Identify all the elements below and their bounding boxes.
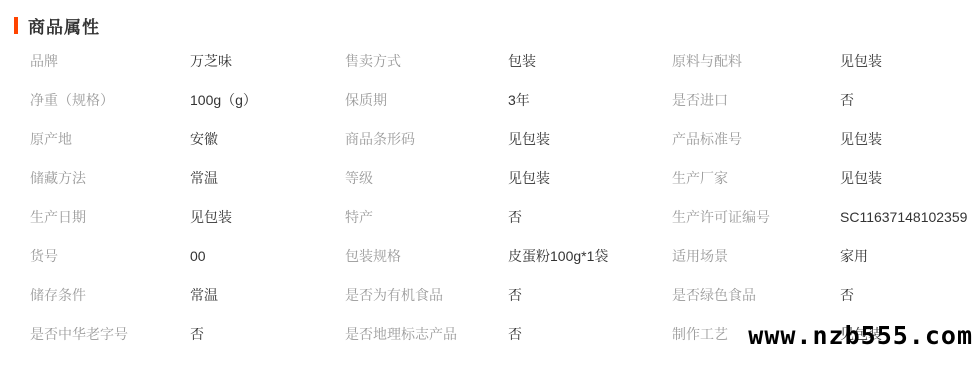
attribute-value: 否 — [508, 324, 672, 344]
header-accent-bar — [14, 17, 18, 34]
attribute-value: 见包装 — [508, 129, 672, 149]
attribute-label: 包装规格 — [345, 246, 508, 266]
attributes-table: 品牌万芝味售卖方式包装原料与配料见包装净重（规格）100g（g）保质期3年是否进… — [0, 41, 975, 353]
attribute-value: 常温 — [190, 285, 345, 305]
section-title: 商品属性 — [28, 13, 100, 38]
attribute-value: 否 — [508, 285, 672, 305]
attribute-value: 见包装 — [190, 207, 345, 227]
attribute-value: 否 — [840, 285, 975, 305]
attribute-label: 原料与配料 — [672, 51, 840, 71]
attribute-value: 否 — [840, 90, 975, 110]
section-header: 商品属性 — [0, 0, 975, 40]
attribute-label: 商品条形码 — [345, 129, 508, 149]
attribute-label: 等级 — [345, 168, 508, 188]
attribute-label: 储藏方法 — [30, 168, 190, 188]
attribute-value: 3年 — [508, 90, 672, 110]
attribute-value: 100g（g） — [190, 90, 345, 110]
attribute-label: 生产厂家 — [672, 168, 840, 188]
product-attributes-section: 商品属性 品牌万芝味售卖方式包装原料与配料见包装净重（规格）100g（g）保质期… — [0, 0, 975, 375]
attribute-label: 是否进口 — [672, 90, 840, 110]
attribute-label: 是否为有机食品 — [345, 285, 508, 305]
attribute-label: 是否地理标志产品 — [345, 324, 508, 344]
attribute-value: 否 — [508, 207, 672, 227]
attribute-value: 万芝味 — [190, 51, 345, 71]
attribute-value: 皮蛋粉100g*1袋 — [508, 246, 672, 266]
attribute-label: 售卖方式 — [345, 51, 508, 71]
attribute-label: 品牌 — [30, 51, 190, 71]
attribute-value: 见包装 — [840, 324, 975, 344]
attribute-label: 产品标准号 — [672, 129, 840, 149]
attribute-value: 见包装 — [508, 168, 672, 188]
attribute-label: 制作工艺 — [672, 324, 840, 344]
attribute-label: 生产许可证编号 — [672, 207, 840, 227]
attribute-value: 否 — [190, 324, 345, 344]
attribute-label: 净重（规格） — [30, 90, 190, 110]
attribute-label: 特产 — [345, 207, 508, 227]
attribute-value: SC11637148102359 — [840, 209, 975, 225]
attribute-value: 00 — [190, 248, 345, 264]
attribute-label: 货号 — [30, 246, 190, 266]
attribute-value: 常温 — [190, 168, 345, 188]
attribute-label: 生产日期 — [30, 207, 190, 227]
attribute-value: 安徽 — [190, 129, 345, 149]
attribute-value: 见包装 — [840, 51, 975, 71]
attribute-value: 家用 — [840, 246, 975, 266]
attribute-value: 见包装 — [840, 129, 975, 149]
attribute-label: 保质期 — [345, 90, 508, 110]
attribute-label: 适用场景 — [672, 246, 840, 266]
attribute-value: 包装 — [508, 51, 672, 71]
attribute-label: 原产地 — [30, 129, 190, 149]
attribute-label: 是否中华老字号 — [30, 324, 190, 344]
attribute-label: 储存条件 — [30, 285, 190, 305]
attribute-value: 见包装 — [840, 168, 975, 188]
attribute-label: 是否绿色食品 — [672, 285, 840, 305]
